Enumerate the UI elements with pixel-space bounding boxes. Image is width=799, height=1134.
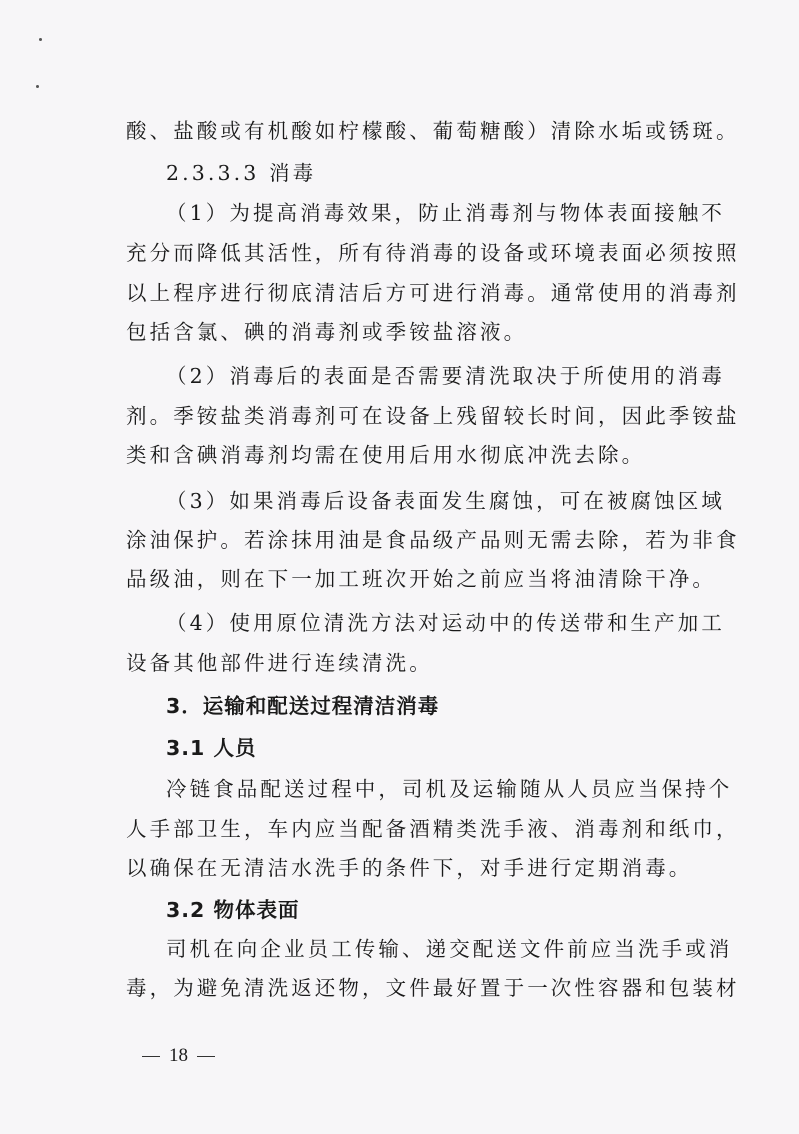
dash-left: [142, 1056, 160, 1057]
paragraph-line: 设备其他部件进行连续清洗。: [126, 650, 666, 676]
paragraph-line: 毒，为避免清洗返还物，文件最好置于一次性容器和包装材: [126, 975, 666, 1001]
paragraph-line: （4）使用原位清洗方法对运动中的传送带和生产加工: [166, 610, 666, 636]
paragraph-line: 包括含氯、碘的消毒剂或季铵盐溶液。: [126, 319, 666, 345]
section-heading: 3.2 物体表面: [166, 897, 666, 923]
paragraph-line: （1）为提高消毒效果，防止消毒剂与物体表面接触不: [166, 200, 666, 226]
section-heading: 3．运输和配送过程清洁消毒: [166, 693, 666, 719]
paragraph-line: 以确保在无清洁水洗手的条件下，对手进行定期消毒。: [126, 855, 666, 881]
paragraph-line: 酸、盐酸或有机酸如柠檬酸、葡萄糖酸）清除水垢或锈斑。: [126, 118, 666, 144]
paragraph-line: 司机在向企业员工传输、递交配送文件前应当洗手或消: [166, 936, 666, 962]
page-number-footer: 18: [133, 1045, 224, 1067]
document-page: 酸、盐酸或有机酸如柠檬酸、葡萄糖酸）清除水垢或锈斑。2.3.3.3 消毒（1）为…: [0, 0, 799, 1134]
page-number: 18: [169, 1045, 188, 1066]
dash-right: [197, 1056, 215, 1057]
paragraph-line: 充分而降低其活性，所有待消毒的设备或环境表面必须按照: [126, 240, 666, 266]
paragraph-line: 人手部卫生，车内应当配备酒精类洗手液、消毒剂和纸巾，: [126, 816, 666, 842]
paragraph-line: 类和含碘消毒剂均需在使用后用水彻底冲洗去除。: [126, 442, 666, 468]
paragraph-line: 冷链食品配送过程中，司机及运输随从人员应当保持个: [166, 776, 666, 802]
scan-speck: [36, 85, 39, 88]
paragraph-line: 以上程序进行彻底清洁后方可进行消毒。通常使用的消毒剂: [126, 280, 666, 306]
paragraph-line: 剂。季铵盐类消毒剂可在设备上残留较长时间，因此季铵盐: [126, 403, 666, 429]
paragraph-line: 品级油，则在下一加工班次开始之前应当将油清除干净。: [126, 566, 666, 592]
paragraph-line: （2）消毒后的表面是否需要清洗取决于所使用的消毒: [166, 363, 666, 389]
paragraph-line: （3）如果消毒后设备表面发生腐蚀，可在被腐蚀区域: [166, 488, 666, 514]
section-heading: 3.1 人员: [166, 735, 666, 761]
paragraph-line: 涂油保护。若涂抹用油是食品级产品则无需去除，若为非食: [126, 527, 666, 553]
paragraph-line: 2.3.3.3 消毒: [166, 160, 666, 186]
scan-speck: [39, 38, 42, 41]
